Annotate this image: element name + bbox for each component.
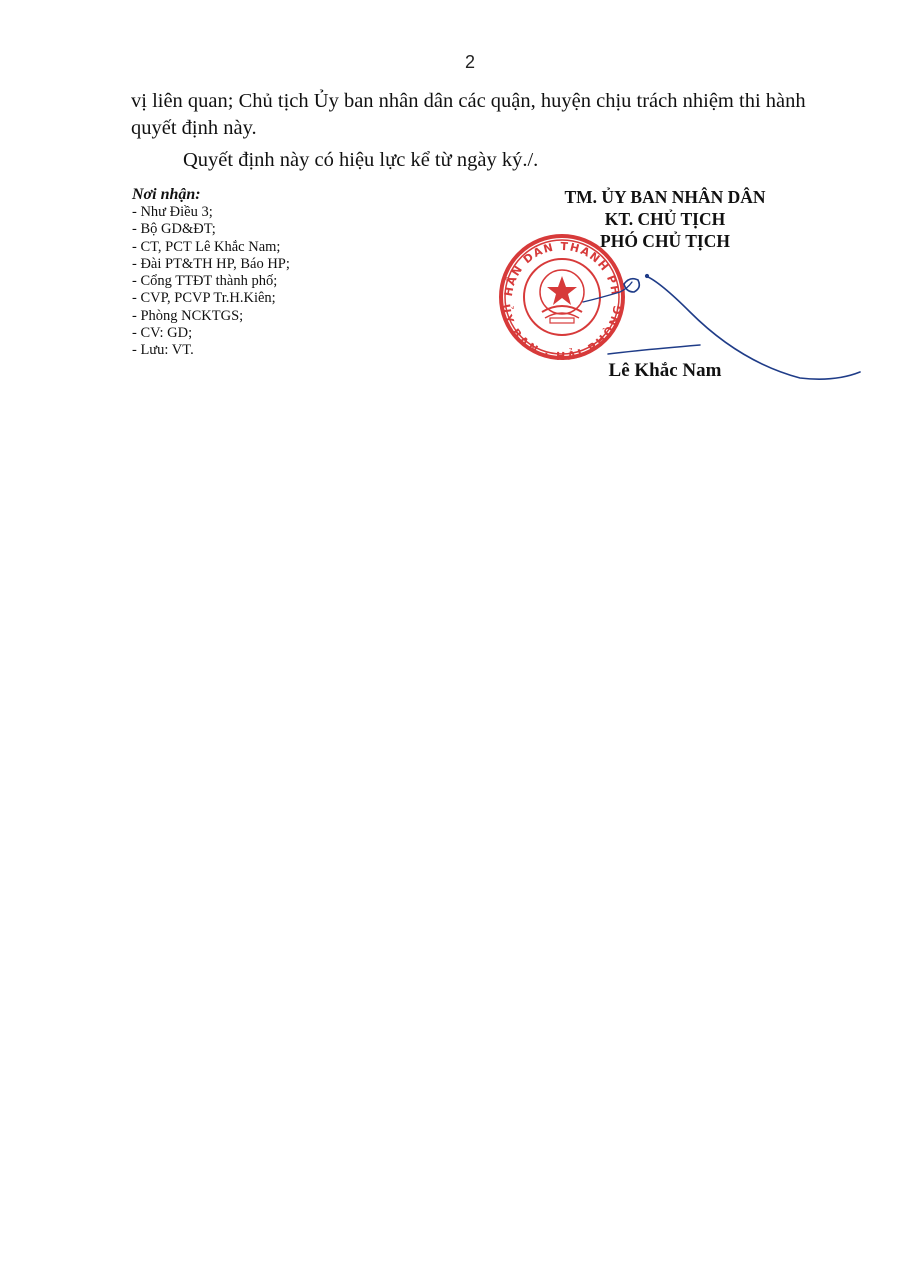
recipient-item: - CT, PCT Lê Khắc Nam; [132,239,290,256]
signature-line-2: KT. CHỦ TỊCH [540,208,790,230]
body-paragraph-2: Quyết định này có hiệu lực kể từ ngày ký… [183,147,538,174]
recipient-item: - Phòng NCKTGS; [132,308,290,325]
recipient-item: - Bộ GD&ĐT; [132,221,290,238]
signature-line-1: TM. ỦY BAN NHÂN DÂN [540,186,790,208]
page-number: 2 [0,52,900,73]
signer-name: Lê Khắc Nam [540,360,790,382]
recipient-item: - Như Điều 3; [132,204,290,221]
recipients-title: Nơi nhận: [132,186,290,204]
state-emblem-icon [540,270,584,323]
recipients-block: Nơi nhận: - Như Điều 3; - Bộ GD&ĐT; - CT… [132,186,290,360]
signature-line-3: PHÓ CHỦ TỊCH [540,230,790,252]
body-paragraph-1-line-2: quyết định này. [131,115,257,142]
recipient-item: - Đài PT&TH HP, Báo HP; [132,256,290,273]
signature-authority-block: TM. ỦY BAN NHÂN DÂN KT. CHỦ TỊCH PHÓ CHỦ… [540,186,790,252]
body-paragraph-1-line-1: vị liên quan; Chủ tịch Ủy ban nhân dân c… [131,88,806,115]
stamp-text-bottom: ỦY BAN · HẢI PHÒNG [499,303,625,363]
recipient-item: - CVP, PCVP Tr.H.Kiên; [132,290,290,307]
recipient-item: - Lưu: VT. [132,342,290,359]
recipient-item: - CV: GD; [132,325,290,342]
recipient-item: - Cổng TTĐT thành phố; [132,273,290,290]
